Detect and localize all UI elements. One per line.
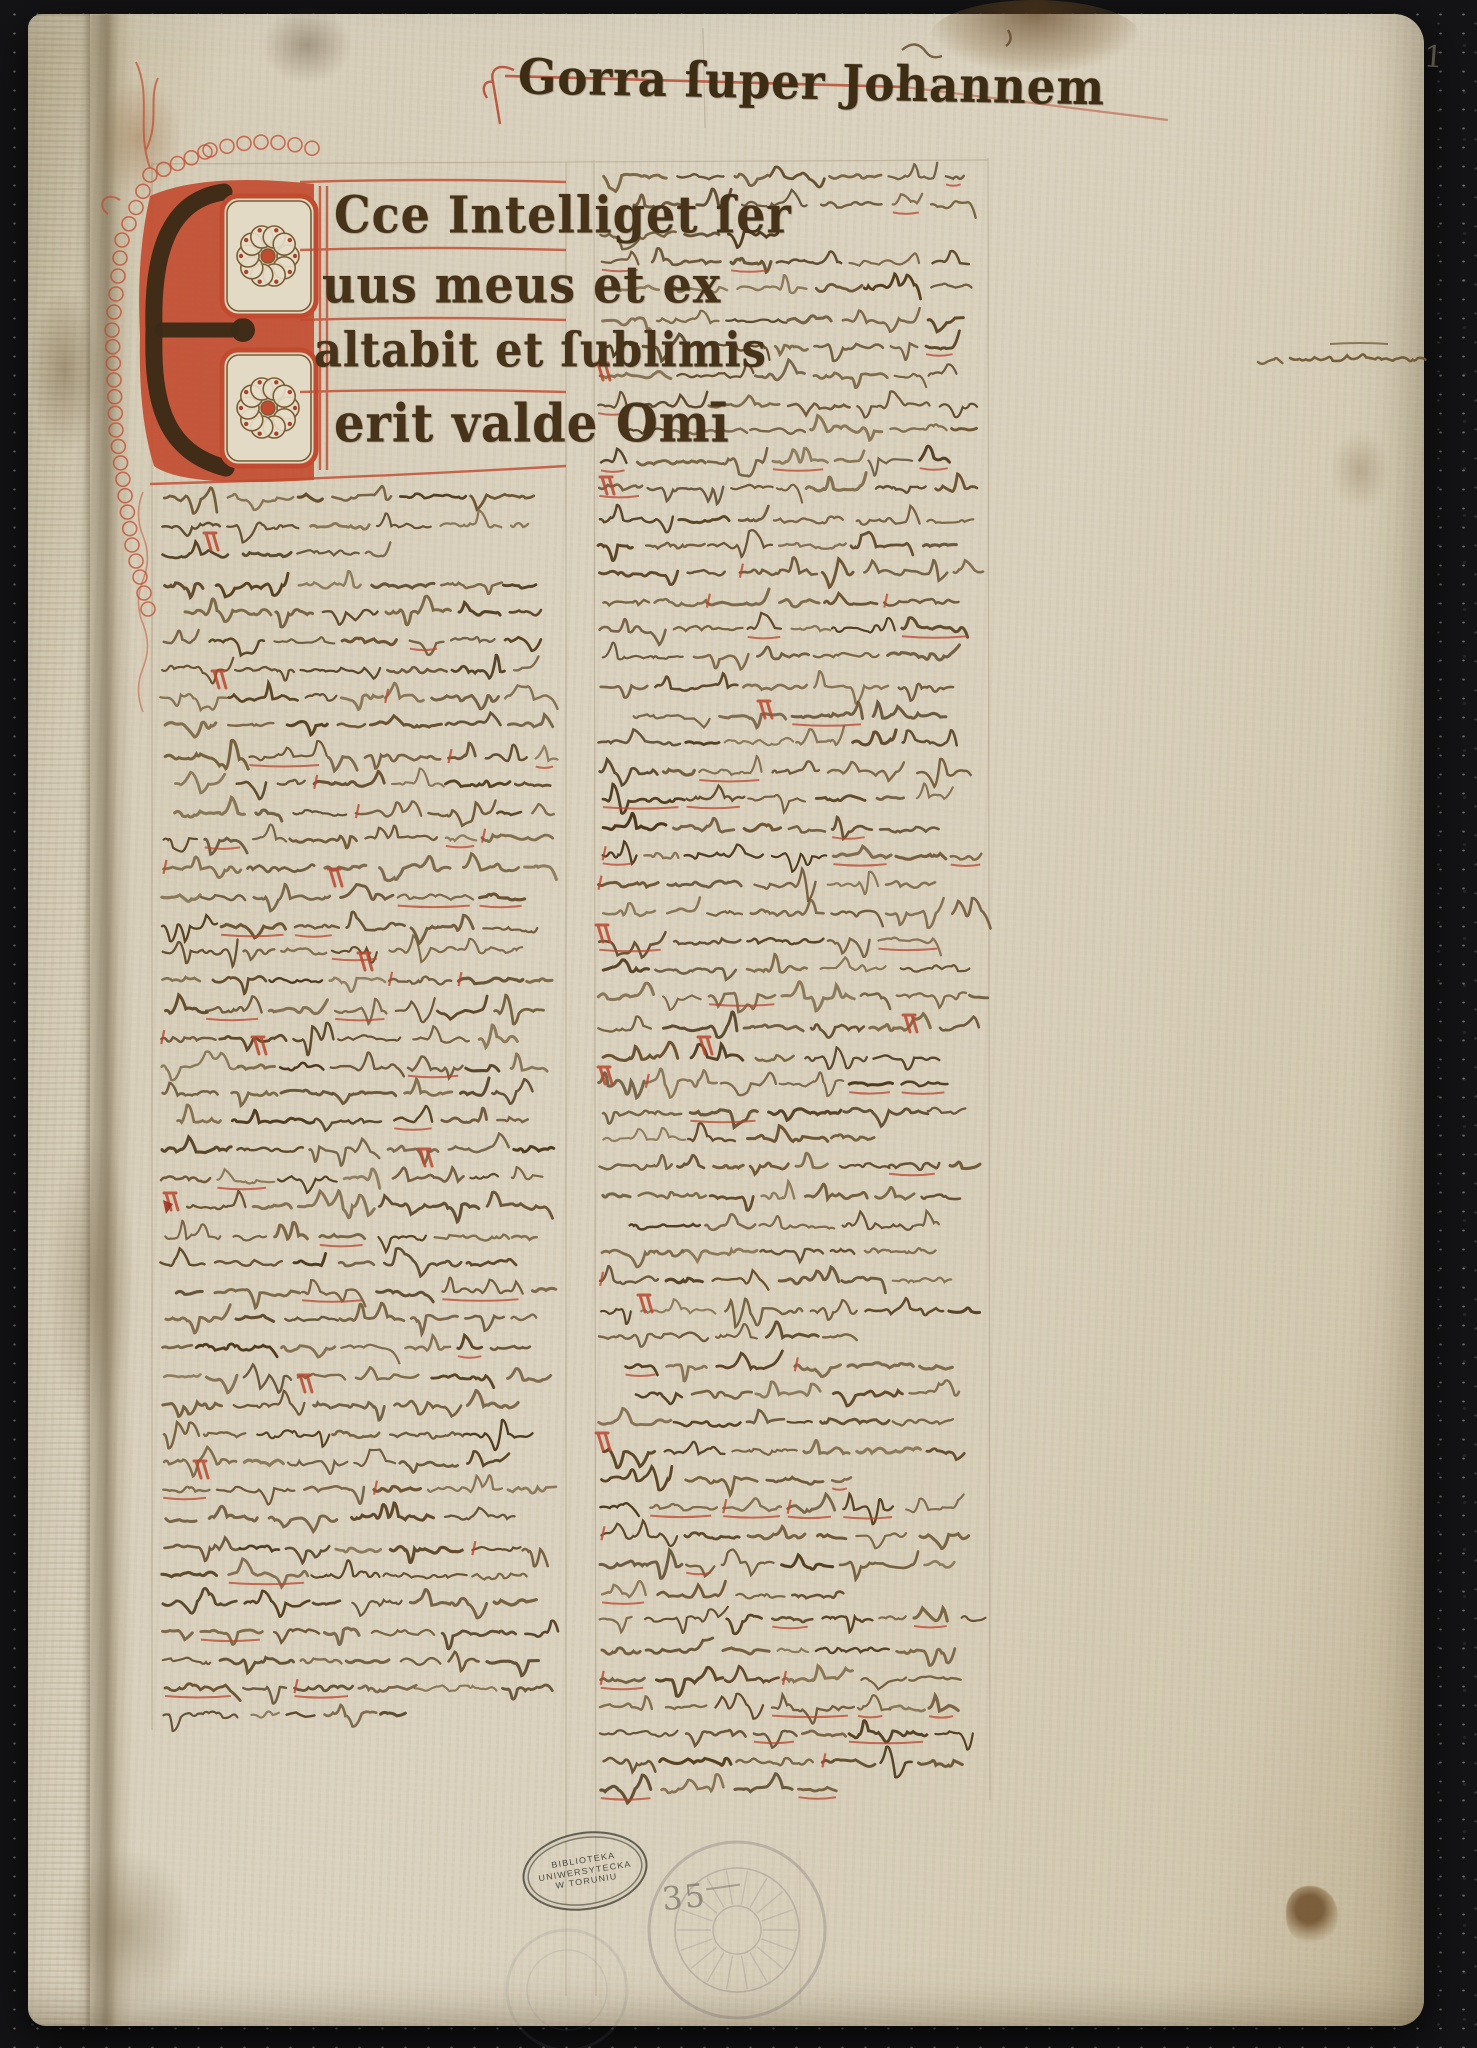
incipit-line-4: erit valde Omī (334, 398, 730, 451)
incipit-line-1: Cce Intelliget ſer (334, 190, 792, 241)
binding-gutter (86, 14, 132, 2026)
parchment-damage-spot (1286, 1886, 1338, 1944)
archive-photo: { "photo": { "backdrop": "black speckled… (0, 0, 1477, 2048)
running-title: Gorra ſuper Johannem (518, 52, 939, 109)
book-edge (28, 14, 90, 2026)
manuscript-page (28, 14, 1424, 2026)
initial-letter: E (0, 0, 1, 1)
pencil-shelfmark: 35 (660, 1876, 708, 1918)
folio-number: 1 (1423, 39, 1444, 75)
incipit-line-2: uus meus et ex (322, 260, 721, 311)
incipit-line-3: altabit et ſublimis (314, 328, 767, 375)
